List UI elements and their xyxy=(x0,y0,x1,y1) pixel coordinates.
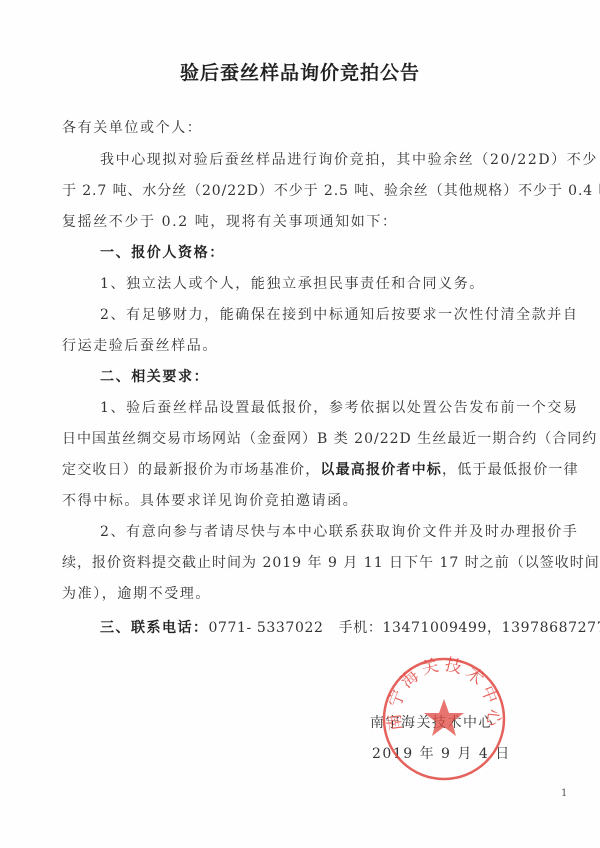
highest-bid-wins-emphasis: 以最高报价者中标 xyxy=(320,462,442,478)
section-1-item-1: 1、独立法人或个人，能独立承担民事责任和合同义务。 xyxy=(100,274,562,294)
document-page: 验后蚕丝样品询价竞拍公告 各有关单位或个人： 我中心现拟对验后蚕丝样品进行询价竞… xyxy=(0,0,600,848)
line-text: 定交收日）的最新报价为市场基准价， xyxy=(62,462,320,478)
phone-number: 0771- 5337022 xyxy=(209,620,324,636)
signature-date: 2019 年 9 月 4 日 xyxy=(372,743,511,763)
section-2-item-1-line-3: 定交收日）的最新报价为市场基准价，以最高报价者中标，低于最低报价一律 xyxy=(62,460,562,480)
intro-line-3: 复摇丝不少于 0.2 吨，现将有关事项通知如下： xyxy=(62,212,562,232)
section-2-item-1-line-2: 日中国茧丝绸交易市场网站（金蚕网）B 类 20/22D 生丝最近一期合约（合同约 xyxy=(62,429,562,449)
section-1-heading: 一、报价人资格： xyxy=(100,243,562,263)
mobile-numbers: 13471009499，13978687277 xyxy=(382,620,600,636)
mobile-label: 手机： xyxy=(339,620,383,636)
intro-line-1: 我中心现拟对验后蚕丝样品进行询价竞拍，其中验余丝（20/22D）不少 xyxy=(100,150,562,170)
section-2-item-1-line-1: 1、验后蚕丝样品设置最低报价，参考依据以处置公告发布前一个交易 xyxy=(100,398,562,418)
signature-org: 南宁海关技术中心 xyxy=(370,712,494,732)
salutation: 各有关单位或个人： xyxy=(62,118,562,138)
section-3-heading: 三、联系电话： xyxy=(100,620,209,636)
section-2-item-2-line-3: 为准），逾期不受理。 xyxy=(62,584,562,604)
section-3-contact: 三、联系电话：0771- 5337022 手机：13471009499，1397… xyxy=(100,618,562,638)
section-2-item-2-line-2: 续，报价资料提交截止时间为 2019 年 9 月 11 日下午 17 时之前（以… xyxy=(62,553,562,573)
intro-line-2: 于 2.7 吨、水分丝（20/22D）不少于 2.5 吨、验余丝（其他规格）不少… xyxy=(62,181,562,201)
page-number: 1 xyxy=(561,788,567,799)
document-title: 验后蚕丝样品询价竞拍公告 xyxy=(0,58,600,85)
section-2-heading: 二、相关要求： xyxy=(100,367,562,387)
line-text: ，低于最低报价一律 xyxy=(442,462,579,478)
section-1-item-2-line-1: 2、有足够财力，能确保在接到中标通知后按要求一次性付清全款并自 xyxy=(100,305,562,325)
section-2-item-1-line-4: 不得中标。具体要求详见询价竞拍邀请函。 xyxy=(62,491,562,511)
section-1-item-2-line-2: 行运走验后蚕丝样品。 xyxy=(62,336,562,356)
section-2-item-2-line-1: 2、有意向参与者请尽快与本中心联系获取询价文件并及时办理报价手 xyxy=(100,522,562,542)
